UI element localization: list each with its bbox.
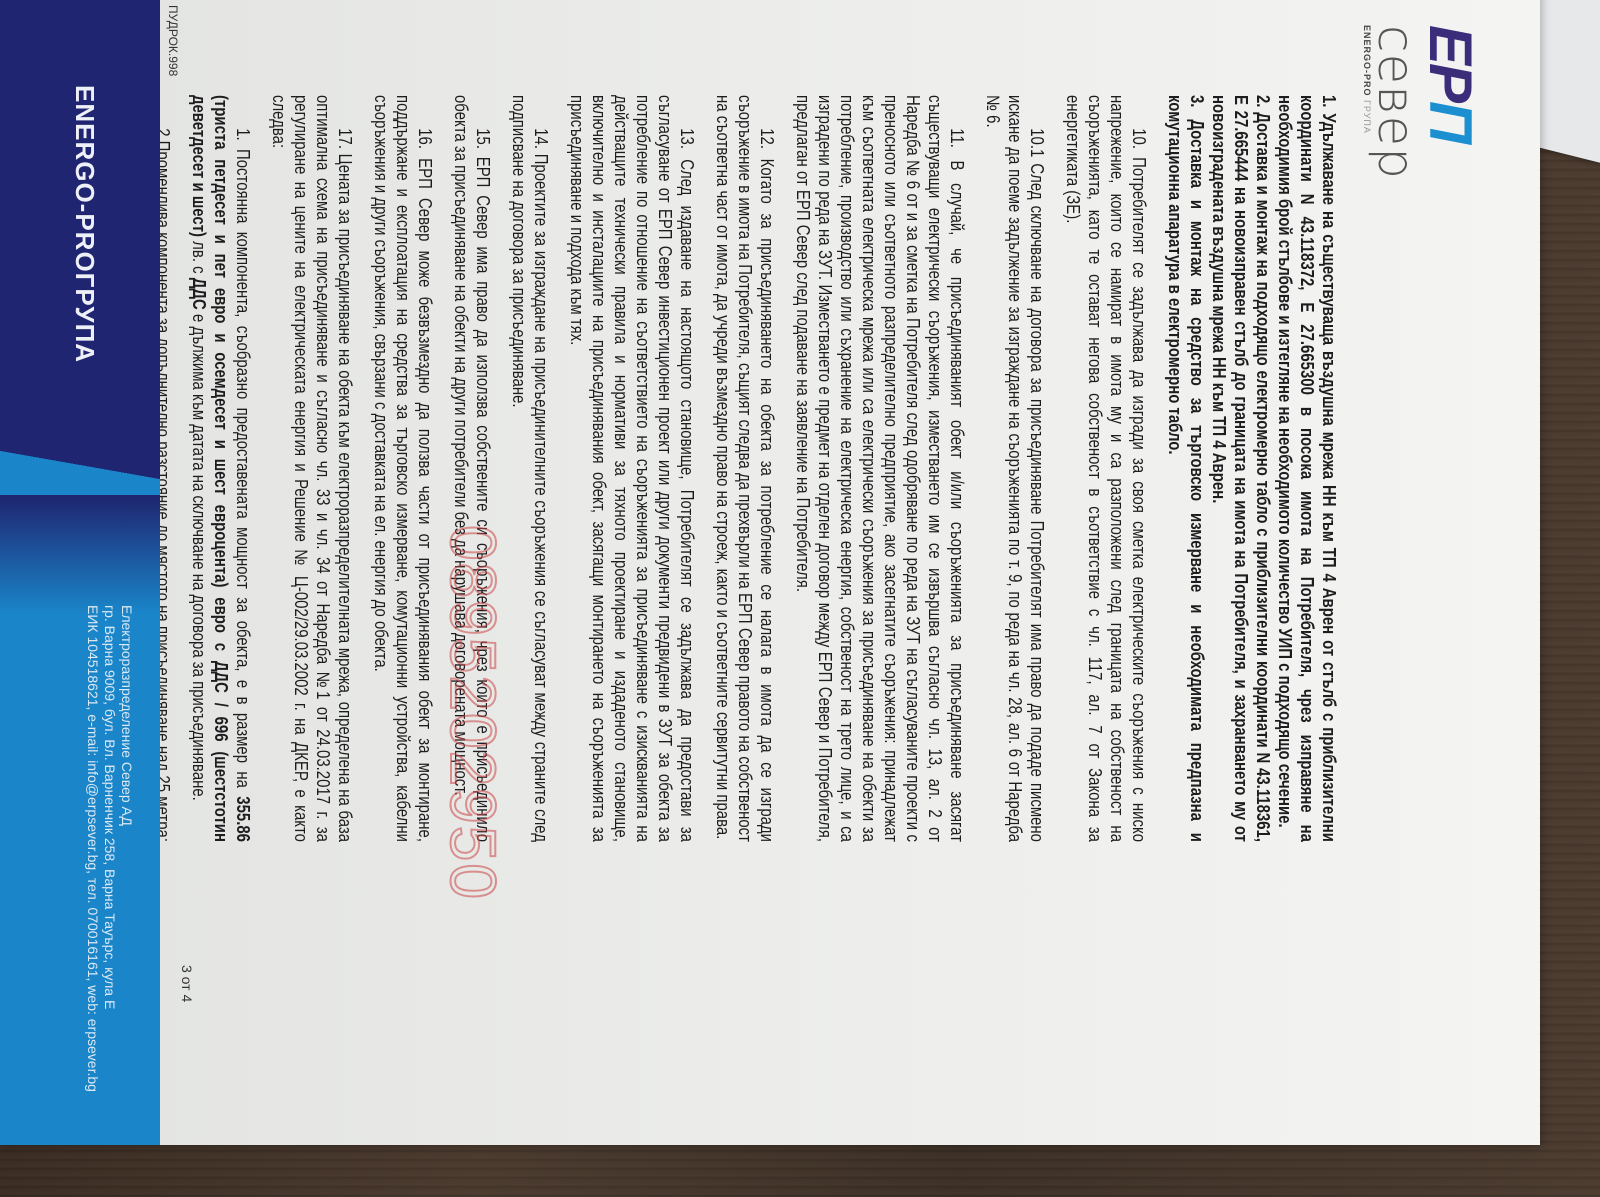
footer-company-info: Електроразпределение Север АД гр. Варна …	[84, 605, 135, 1092]
item-3: 3. Доставка и монтаж на средство за търг…	[1164, 95, 1208, 842]
footer-lightning-divider	[0, 435, 160, 495]
logo-name: север	[1372, 25, 1420, 325]
item-1: 1. Удължаване на съществуваща въздушна м…	[1274, 95, 1340, 842]
company-name: Електроразпределение Север АД	[118, 605, 135, 1092]
item-2: 2. Доставка и монтаж на подходящо електр…	[1208, 95, 1274, 842]
paragraph-16: 16. ЕРП Север може безвъзмездно да ползв…	[370, 95, 436, 842]
paragraph-17: 17. Цената за присъединяване на обекта к…	[268, 95, 356, 842]
footer-brand: ENERGO-PROГРУПА	[69, 85, 100, 363]
document-page: ЕРП север ENERGO-PRO ГРУПА 1. Удължаване…	[0, 0, 1540, 1145]
page-number: 3 от 4	[179, 965, 195, 1002]
paragraph-13: 13. След издаване на настоящото становищ…	[566, 95, 698, 842]
document-body: 1. Удължаване на съществуваща въздушна м…	[80, 95, 1340, 842]
paragraph-12: 12. Когато за присъединяването на обекта…	[712, 95, 778, 842]
paragraph-10-1: 10.1 След сключване на договора за присъ…	[982, 95, 1048, 842]
paragraph-10: 10. Потребителят се задължава да изгради…	[1062, 95, 1150, 842]
document-code: ПУДРОК.998	[166, 5, 180, 76]
paragraph-11: 11. В случай, че присъединяваният обект …	[792, 95, 968, 842]
price-fixed-component: 1. Постоянна компонента, съобразно предо…	[188, 95, 254, 842]
paragraph-14: 14. Проектите за изграждане на присъедин…	[508, 95, 552, 842]
company-address: гр. Варна 9009, бул. Вл. Варненчик 258, …	[101, 605, 118, 1092]
logo-mark: ЕРП	[1420, 25, 1480, 325]
erp-sever-logo: ЕРП север ENERGO-PRO ГРУПА	[1350, 25, 1480, 325]
company-contacts: ЕИК 104518621, e-mail: info@erpsever.bg,…	[84, 605, 101, 1092]
phone-watermark: 0895202950	[436, 525, 510, 901]
